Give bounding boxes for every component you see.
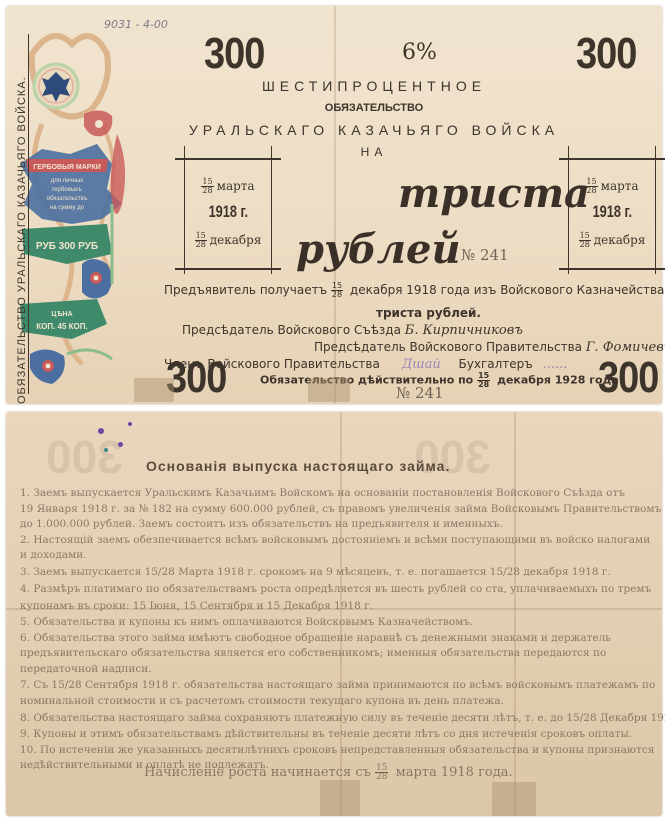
ghost-denomination: 300 (414, 430, 491, 484)
serial-number-top: № 241 (461, 246, 509, 264)
title-line-2: ОБЯЗАТЕЛЬСТВО (6, 102, 662, 114)
body-line-5: Членъ Войскового Правительства Дшай Бухг… (164, 357, 567, 372)
paragraph-line: до 1.000.000 рублей. Заемъ состоитъ изъ … (20, 517, 652, 533)
svg-text:ЦѢНА: ЦѢНА (51, 311, 72, 318)
paragraph-line: номинальной стоимости и съ расчетомъ сто… (20, 694, 652, 710)
denomination-top-right: 300 (576, 30, 636, 79)
end-month: декабря (594, 233, 646, 247)
paragraph-line: 8. Обязательства настоящаго займа сохран… (20, 710, 652, 727)
paragraph-line: 19 Января 1918 г. за № 182 на сумму 600.… (20, 502, 652, 518)
body-line-4: Предсѣдатель Войскового Правительства Г.… (314, 340, 665, 355)
svg-text:на сумму до: на сумму до (50, 205, 85, 211)
pencil-note: 9031 - 4-00 (104, 18, 168, 31)
signature-member: Дшай (402, 357, 441, 372)
svg-text:для личных: для личных (51, 178, 84, 184)
ink-blot (104, 448, 108, 452)
paragraph-line: 5. Обязательства и купоны къ нимъ оплачи… (20, 615, 652, 631)
ink-blot (128, 422, 132, 426)
banknote-front: ГЕРБОВЫЯ МАРКИ для личных гербовыхъ обяз… (6, 6, 662, 404)
paragraph-line: 10. По истеченіи же указанныхъ десятилѣт… (20, 743, 652, 759)
ink-blot (118, 442, 123, 447)
paragraph-line: и доходами. (20, 548, 652, 564)
tape-mark (492, 782, 536, 816)
svg-text:КОП. 45 КОП.: КОП. 45 КОП. (36, 322, 88, 331)
year: 1918 г. (208, 202, 247, 222)
ornament-panel: ГЕРБОВЫЯ МАРКИ для личных гербовыхъ обяз… (12, 14, 130, 404)
denomination-top-left: 300 (204, 30, 264, 79)
signature-fomichev: Г. Фомичевъ. (586, 340, 665, 355)
year: 1918 г. (592, 202, 631, 222)
paragraph-line: 3. Заемъ выпускается 15/28 Марта 1918 г.… (20, 564, 652, 581)
paragraph-line: 7. Съ 15/28 Сентября 1918 г. обязательст… (20, 677, 652, 694)
currency-word: рублей (296, 226, 461, 273)
body-line-1: Предъявитель получаетъ 1528 декабря 1918… (164, 282, 664, 299)
title-line-4: НА (6, 145, 662, 159)
end-month: декабря (210, 233, 262, 247)
percent-label: 6% (402, 40, 437, 65)
tape-mark (320, 780, 360, 816)
tape-mark (308, 378, 350, 402)
svg-text:обязательствъ: обязательствъ (47, 196, 88, 202)
paragraph-line: 2. Настоящій заемъ обезпечивается всѣмъ … (20, 533, 652, 549)
title-line-1: ШЕСТИПРОЦЕНТНОЕ (6, 78, 662, 94)
start-month: марта (601, 179, 639, 193)
tape-mark (134, 378, 174, 402)
serial-number-bottom: № 241 (396, 384, 444, 402)
ink-blot (98, 428, 104, 434)
signature-kirpichnikov: Б. Кирпичниковъ (405, 323, 523, 338)
back-heading: Основанія выпуска настоящаго займа. (146, 458, 450, 474)
paragraph-line: купонамъ въ сроки: 15 Іюня, 15 Сентября … (20, 598, 652, 615)
svg-text:РУБ 300 РУБ: РУБ 300 РУБ (36, 241, 98, 252)
svg-text:ГЕРБОВЫЯ МАРКИ: ГЕРБОВЫЯ МАРКИ (33, 164, 101, 171)
paragraph-line: 1. Заемъ выпускается Уральскимъ Казачьим… (20, 486, 652, 502)
title-line-3: УРАЛЬСКАГО КАЗАЧЬЯГО ВОЙСКА (6, 122, 662, 138)
back-footer: Начисленіе роста начинается съ 1528 март… (144, 764, 513, 781)
back-paragraphs: 1. Заемъ выпускается Уральскимъ Казачьим… (20, 486, 652, 774)
banknote-back: 300 300 Основанія выпуска настоящаго зай… (6, 412, 662, 816)
paragraph-line: 9. Купоны и этимъ обязательствамъ дѣйств… (20, 727, 652, 743)
paragraph-line: 6. Обязательства этого займа имѣютъ своб… (20, 631, 652, 678)
amount-word: триста (398, 170, 590, 217)
paragraph-line: 4. Размѣръ платимаго по обязательствамъ … (20, 581, 652, 598)
body-line-3: Предсѣдатель Войскового Съѣзда Б. Кирпич… (182, 323, 523, 338)
datebox-left: 1528марта 1918 г. 1528декабря (184, 146, 272, 274)
start-month: марта (217, 179, 255, 193)
svg-text:гербовыхъ: гербовыхъ (52, 187, 82, 193)
body-line-2: триста рублей. (376, 306, 481, 320)
ghost-denomination: 300 (46, 430, 123, 484)
